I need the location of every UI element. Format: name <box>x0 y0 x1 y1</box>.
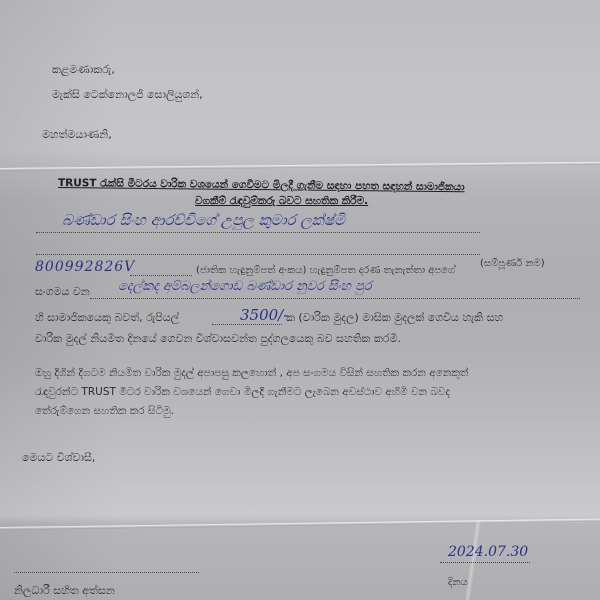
member-line-prefix: හි සාමාජිකයෙකු බවත්, රුපියල් <box>35 311 179 325</box>
member-line-suffix: ක (වාරික මුදල) මාසික මුදලක් ගෙවිය හැකි ස… <box>286 311 503 325</box>
nic-dotted-line <box>130 275 192 276</box>
addressee-line-1: කළමණාකරු, <box>52 63 115 77</box>
full-name-dotted-line-2 <box>36 254 480 255</box>
fold-crease-top <box>0 162 600 171</box>
society-dotted-line <box>90 298 580 299</box>
handwritten-nic-number: 800992826V <box>35 259 135 275</box>
handwritten-date: 2024.07.30 <box>448 544 528 560</box>
letter-page: කළමණාකරු, මැක්සි ටෙක්නොලජි සොලියුශන්, මහ… <box>0 0 600 600</box>
paragraph-2-line-1: ඔහු දිගින් දිගටම නියමිත වාරික මුදල් අපාප… <box>35 366 468 380</box>
addressee-line-2: මැක්සි ටෙක්නොලජි සොලියුශන්, <box>52 88 203 102</box>
full-name-label: (සම්පූර්ණ නම) <box>480 257 545 271</box>
full-name-dotted-line-1 <box>36 232 480 233</box>
handwritten-society-name: දෙල්කද අම්බලන්ගොඩ බණ්ඩාර නුවර සිංහ පුර <box>118 279 372 294</box>
fold-crease-bottom <box>0 519 600 530</box>
paragraph-2-line-2: රැඳවුරන්ට TRUST මීටර වාරික වශයෙන් ගෙවා ම… <box>35 385 450 399</box>
handwritten-amount: 3500/- <box>240 306 288 324</box>
handwritten-full-name: බණ්ඩාර සිංහ ආරච්චිගේ උපුල කුමාර ලක්ෂ්මි <box>62 211 345 229</box>
amount-dotted-line <box>212 324 282 325</box>
signature-label: නිලධාරී සහිත අත්සන <box>14 584 115 598</box>
nic-label: (ජාතික හැඳුනුම්පත් අංකය) හැඳුනුම්පත දරණ … <box>196 264 455 278</box>
society-prefix: සංගමය වන <box>35 285 90 299</box>
date-label: දිනය <box>448 576 468 590</box>
member-line-2: වාරික මුදල් නියමිත දිනයේ ගෙවන විශ්වාසවන්… <box>35 332 401 346</box>
paragraph-2-line-3: තේරුම්ගෙන සහතික කර සිටිමු. <box>35 404 174 418</box>
salutation: මහත්මයාණනි, <box>42 128 112 142</box>
letter-title-line-2: වගකීම් රැඳවුම්කරු බවට සහතික කිරීම. <box>195 195 368 208</box>
closing: මෙයට විශ්වාසී, <box>22 451 95 465</box>
date-dotted-line <box>440 562 530 563</box>
signature-dotted-line <box>14 572 199 573</box>
letter-title-line-1: TRUST රැක්සි මීටරය වාරික වශයෙන් ගෙවීමට ම… <box>58 177 465 194</box>
